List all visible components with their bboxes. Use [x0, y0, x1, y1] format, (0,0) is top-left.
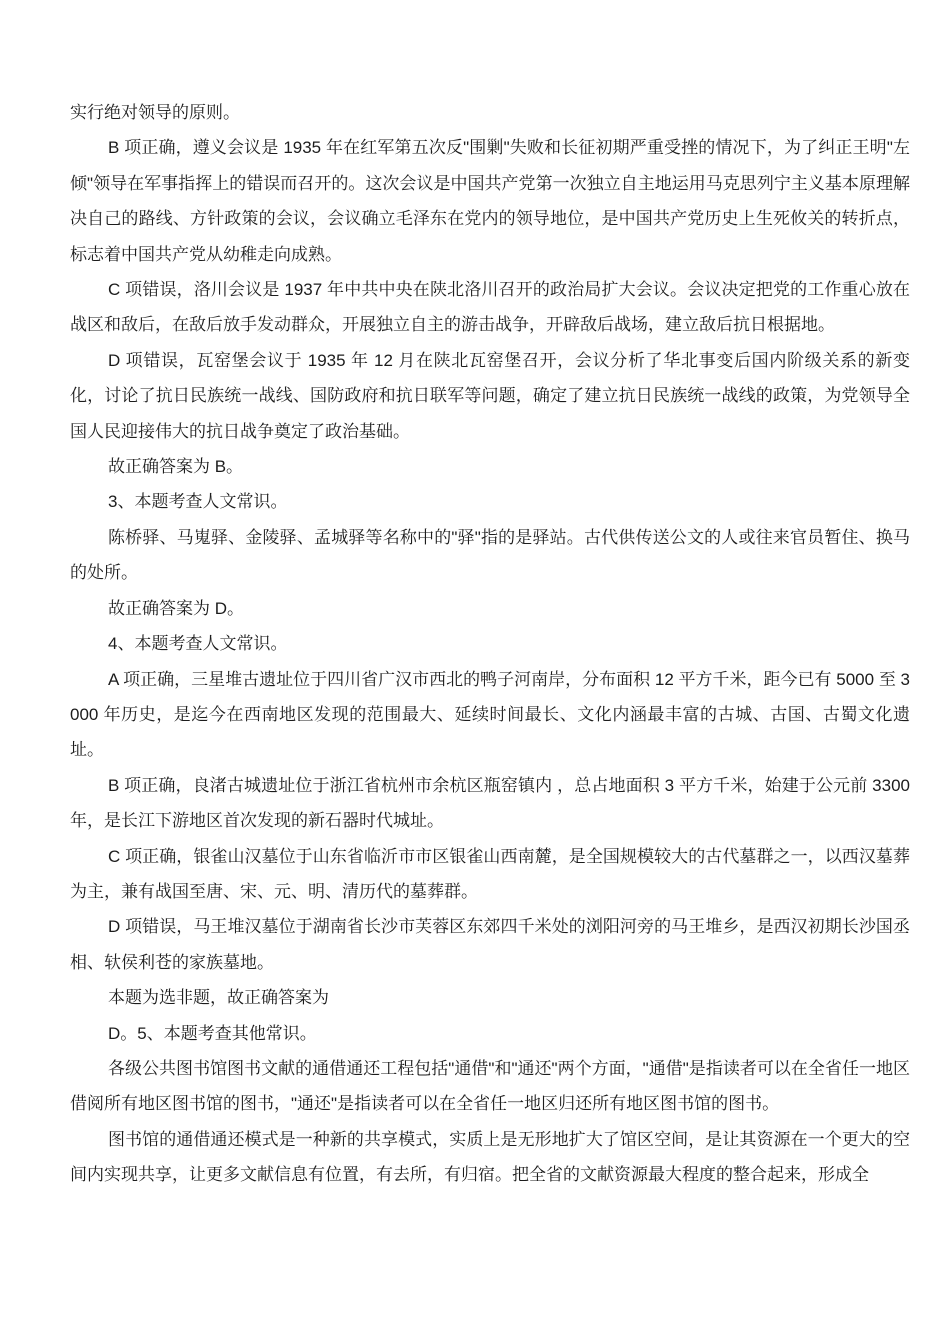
paragraph: D 项错误，瓦窑堡会议于 1935 年 12 月在陕北瓦窑堡召开，会议分析了华北… — [70, 343, 910, 449]
paragraph: B 项正确，遵义会议是 1935 年在红军第五次反"围剿"失败和长征初期严重受挫… — [70, 130, 910, 272]
paragraph: 3、本题考查人文常识。 — [70, 484, 910, 519]
paragraph: 4、本题考查人文常识。 — [70, 626, 910, 661]
document-body: 实行绝对领导的原则。B 项正确，遵义会议是 1935 年在红军第五次反"围剿"失… — [70, 95, 910, 1193]
paragraph: 故正确答案为 D。 — [70, 591, 910, 626]
document-page: 实行绝对领导的原则。B 项正确，遵义会议是 1935 年在红军第五次反"围剿"失… — [0, 0, 950, 1344]
paragraph: D。5、本题考查其他常识。 — [70, 1016, 910, 1051]
paragraph: 各级公共图书馆图书文献的通借通还工程包括"通借"和"通还"两个方面，"通借"是指… — [70, 1051, 910, 1122]
paragraph: 实行绝对领导的原则。 — [70, 95, 910, 130]
paragraph: C 项错误，洛川会议是 1937 年中共中央在陕北洛川召开的政治局扩大会议。会议… — [70, 272, 910, 343]
paragraph: 图书馆的通借通还模式是一种新的共享模式，实质上是无形地扩大了馆区空间，是让其资源… — [70, 1122, 910, 1193]
paragraph: 本题为选非题，故正确答案为 — [70, 980, 910, 1015]
paragraph: 故正确答案为 B。 — [70, 449, 910, 484]
paragraph: A 项正确，三星堆古遗址位于四川省广汉市西北的鸭子河南岸，分布面积 12 平方千… — [70, 662, 910, 768]
paragraph: C 项正确，银雀山汉墓位于山东省临沂市市区银雀山西南麓，是全国规模较大的古代墓群… — [70, 839, 910, 910]
paragraph: 陈桥驿、马嵬驿、金陵驿、孟城驿等名称中的"驿"指的是驿站。古代供传送公文的人或往… — [70, 520, 910, 591]
paragraph: D 项错误，马王堆汉墓位于湖南省长沙市芙蓉区东郊四千米处的浏阳河旁的马王堆乡，是… — [70, 909, 910, 980]
paragraph: B 项正确，良渚古城遗址位于浙江省杭州市余杭区瓶窑镇内 ，总占地面积 3 平方千… — [70, 768, 910, 839]
